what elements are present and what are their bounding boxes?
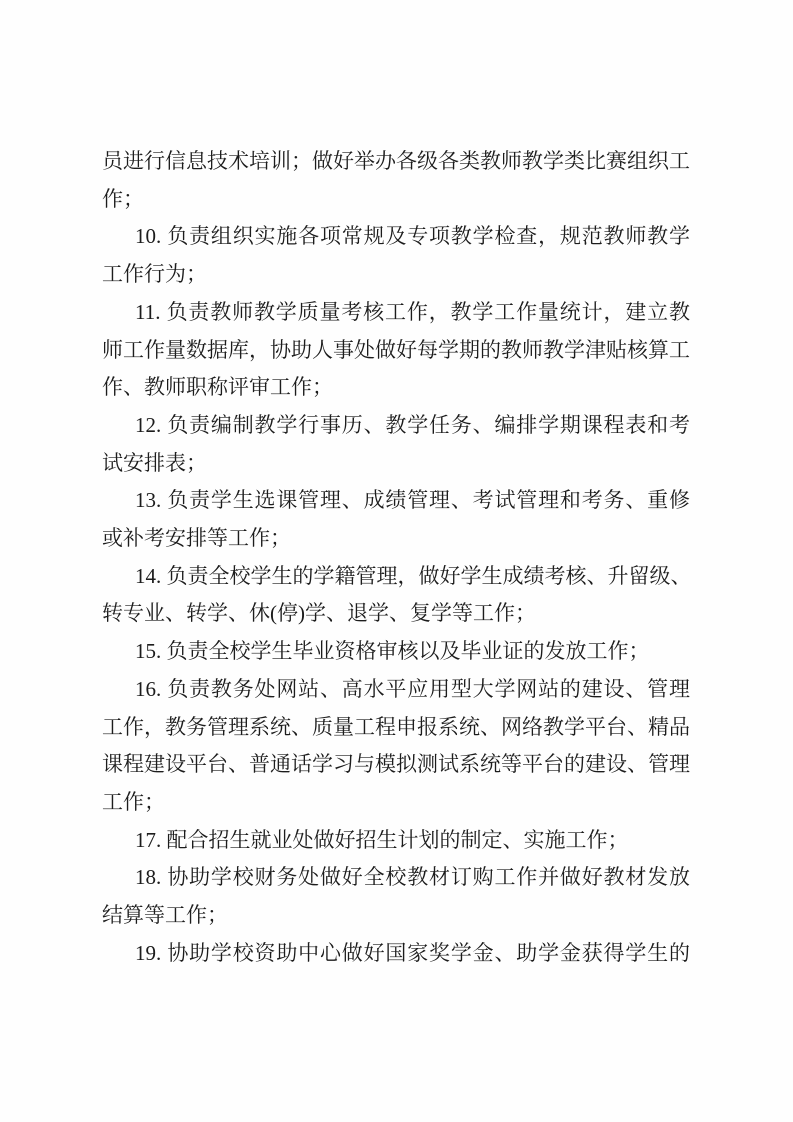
text-line: 作； bbox=[102, 181, 690, 219]
paragraph: 11. 负责教师教学质量考核工作，教学工作量统计，建立教师工作量数据库，协助人事… bbox=[102, 294, 690, 407]
document-body: 员进行信息技术培训；做好举办各级各类教师教学类比赛组织工作；10. 负责组织实施… bbox=[102, 143, 690, 972]
paragraph: 16. 负责教务处网站、高水平应用型大学网站的建设、管理工作，教务管理系统、质量… bbox=[102, 671, 690, 822]
text-line: 16. 负责教务处网站、高水平应用型大学网站的建设、管理 bbox=[102, 671, 690, 709]
paragraph: 13. 负责学生选课管理、成绩管理、考试管理和考务、重修或补考安排等工作； bbox=[102, 482, 690, 557]
text-line: 工作行为； bbox=[102, 256, 690, 294]
text-line: 18. 协助学校财务处做好全校教材订购工作并做好教材发放 bbox=[102, 859, 690, 897]
paragraph: 17. 配合招生就业处做好招生计划的制定、实施工作； bbox=[102, 822, 690, 860]
text-line: 课程建设平台、普通话学习与模拟测试系统等平台的建设、管理 bbox=[102, 746, 690, 784]
text-line: 13. 负责学生选课管理、成绩管理、考试管理和考务、重修 bbox=[102, 482, 690, 520]
text-line: 师工作量数据库，协助人事处做好每学期的教师教学津贴核算工 bbox=[102, 332, 690, 370]
text-line: 14. 负责全校学生的学籍管理，做好学生成绩考核、升留级、 bbox=[102, 558, 690, 596]
text-line: 结算等工作； bbox=[102, 897, 690, 935]
paragraph: 15. 负责全校学生毕业资格审核以及毕业证的发放工作； bbox=[102, 633, 690, 671]
text-line: 作、教师职称评审工作； bbox=[102, 369, 690, 407]
text-line: 员进行信息技术培训；做好举办各级各类教师教学类比赛组织工 bbox=[102, 143, 690, 181]
text-line: 19. 协助学校资助中心做好国家奖学金、助学金获得学生的 bbox=[102, 935, 690, 973]
text-line: 或补考安排等工作； bbox=[102, 520, 690, 558]
text-line: 工作，教务管理系统、质量工程申报系统、网络教学平台、精品 bbox=[102, 709, 690, 747]
paragraph: 14. 负责全校学生的学籍管理，做好学生成绩考核、升留级、转专业、转学、休(停)… bbox=[102, 558, 690, 633]
text-line: 12. 负责编制教学行事历、教学任务、编排学期课程表和考 bbox=[102, 407, 690, 445]
text-line: 转专业、转学、休(停)学、退学、复学等工作； bbox=[102, 595, 690, 633]
text-line: 试安排表； bbox=[102, 445, 690, 483]
document-page: 员进行信息技术培训；做好举办各级各类教师教学类比赛组织工作；10. 负责组织实施… bbox=[0, 0, 793, 1122]
text-line: 15. 负责全校学生毕业资格审核以及毕业证的发放工作； bbox=[102, 633, 690, 671]
text-line: 10. 负责组织实施各项常规及专项教学检查，规范教师教学 bbox=[102, 218, 690, 256]
paragraph: 员进行信息技术培训；做好举办各级各类教师教学类比赛组织工作； bbox=[102, 143, 690, 218]
text-line: 工作； bbox=[102, 784, 690, 822]
paragraph: 19. 协助学校资助中心做好国家奖学金、助学金获得学生的 bbox=[102, 935, 690, 973]
paragraph: 18. 协助学校财务处做好全校教材订购工作并做好教材发放结算等工作； bbox=[102, 859, 690, 934]
paragraph: 12. 负责编制教学行事历、教学任务、编排学期课程表和考试安排表； bbox=[102, 407, 690, 482]
text-line: 11. 负责教师教学质量考核工作，教学工作量统计，建立教 bbox=[102, 294, 690, 332]
paragraph: 10. 负责组织实施各项常规及专项教学检查，规范教师教学工作行为； bbox=[102, 218, 690, 293]
text-line: 17. 配合招生就业处做好招生计划的制定、实施工作； bbox=[102, 822, 690, 860]
